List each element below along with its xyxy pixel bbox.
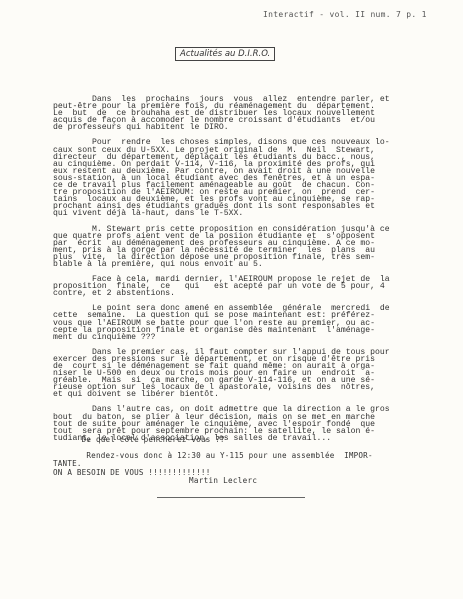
paragraph-stewart: M. Stewart pris cette proposition en con… [53,226,406,269]
paragraph-assembly: Le point sera donc amené en assemblée gé… [53,305,406,340]
meeting-announcement-continued: TANTE. [53,459,82,468]
article-title: Actualités au D.I.R.O. [175,47,275,61]
article-body: Dans les prochains jours vous allez ente… [53,96,406,450]
paragraph-first-case: Dans le premier cas, il faut compter sur… [53,349,406,399]
signature-divider [157,497,305,498]
author-signature: Martin Leclerc [189,476,257,485]
paragraph-vote: Face à cela, mardi dernier, l'AEIROUM pr… [53,276,406,297]
closing-question: De quel côté pencherez-vous ?? [53,435,225,444]
paragraph-context: Pour rendre les choses simples, disons q… [53,139,406,217]
running-header: Interactif - vol. II num. 7 p. 1 [263,10,427,19]
paragraph-intro: Dans les prochains jours vous allez ente… [53,96,406,131]
meeting-announcement: Rendez-vous donc à 12:30 au Y-115 pour u… [53,451,373,460]
call-to-action: ON A BESOIN DE VOUS !!!!!!!!!!!!! [53,468,210,477]
